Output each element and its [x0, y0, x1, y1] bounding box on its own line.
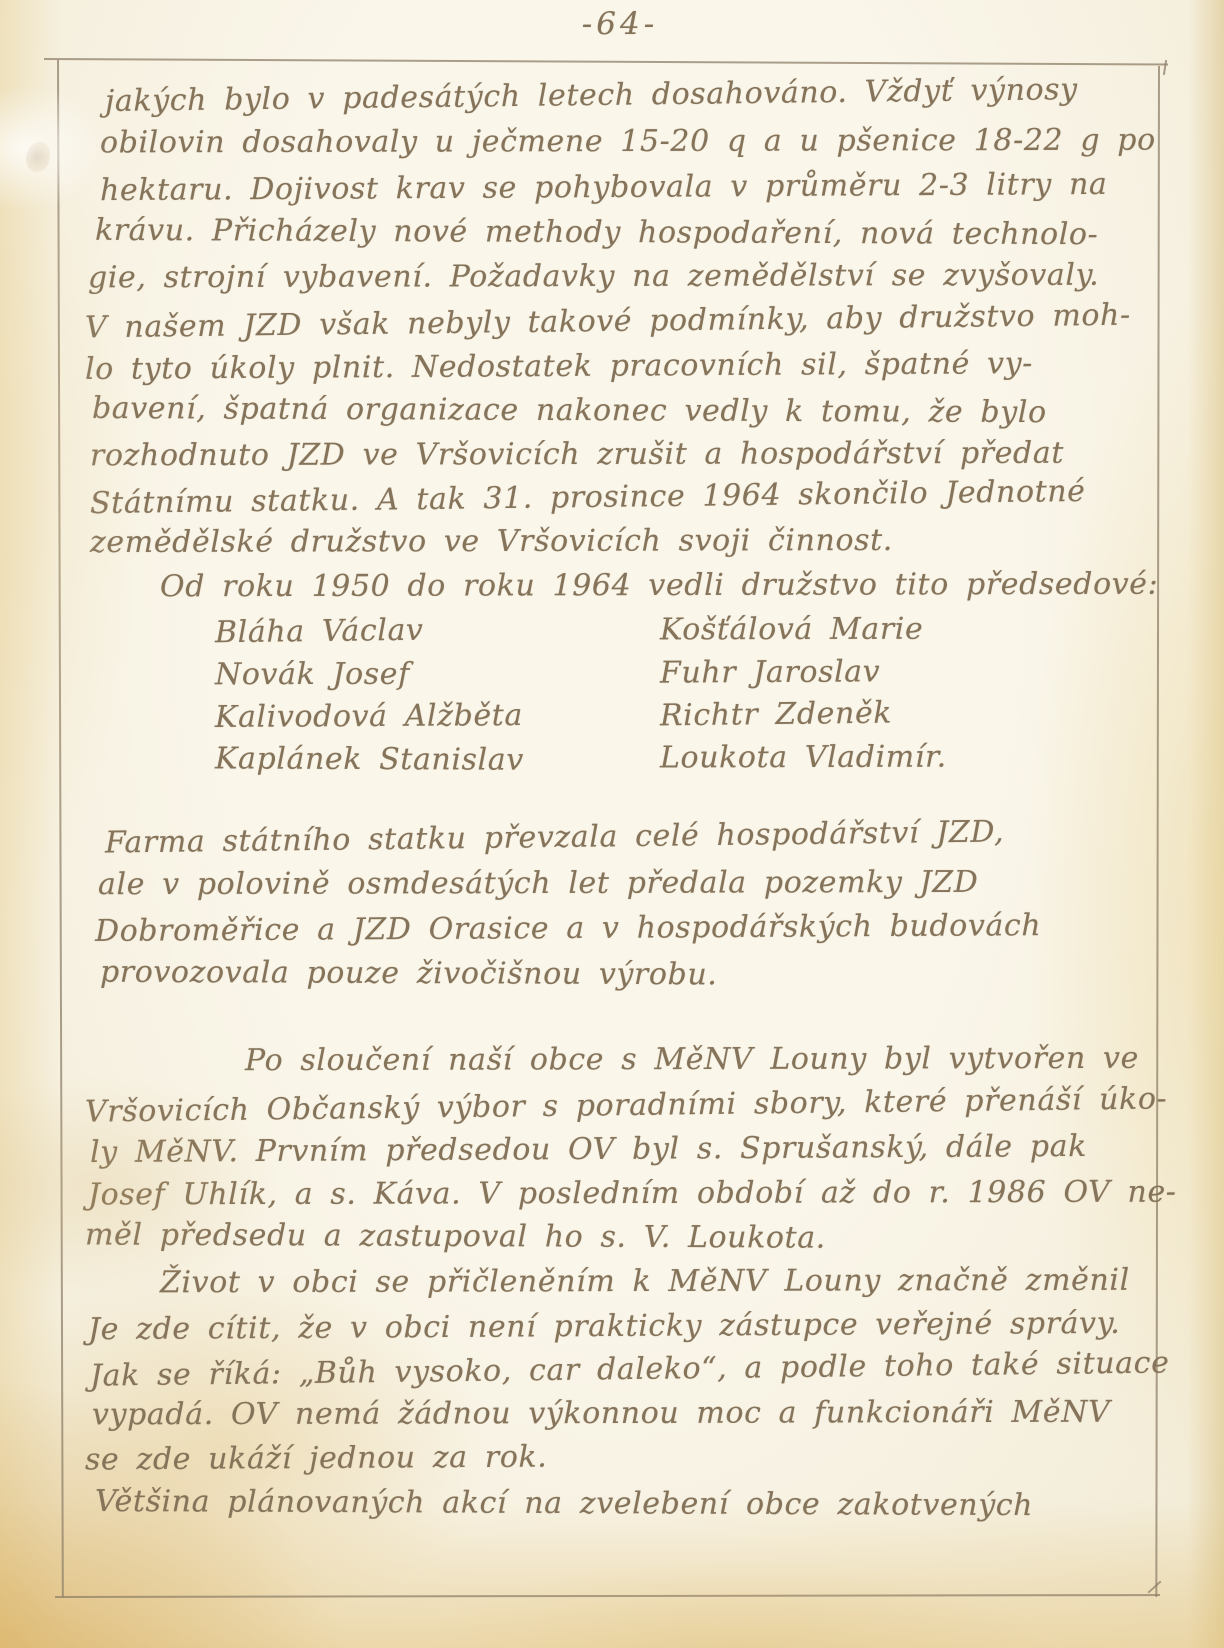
- text-line: Josef Uhlík, a s. Káva. V posledním obdo…: [88, 1175, 1177, 1213]
- text-line: bavení, špatná organizace nakonec vedly …: [92, 391, 1047, 430]
- text-line: obilovin dosahovaly u ječmene 15-20 q a …: [100, 123, 1156, 161]
- page-number: -64-: [540, 6, 700, 42]
- chairman-name: Fuhr Jaroslav: [660, 654, 880, 690]
- chairman-name: Kaplánek Stanislav: [215, 741, 524, 777]
- frame-bottom-border: [55, 1594, 1160, 1598]
- frame-top-border: [44, 58, 1168, 65]
- text-line: Vršovicích Občanský výbor s poradními sb…: [85, 1081, 1168, 1129]
- chairman-name: Kalivodová Alžběta: [215, 698, 523, 735]
- text-line: gie, strojní vybavení. Požadavky na země…: [88, 258, 1099, 296]
- text-line: Je zde cítit, že v obci není prakticky z…: [88, 1306, 1121, 1347]
- text-line: ly MěNV. Prvním předsedou OV byl s. Spru…: [90, 1129, 1087, 1170]
- text-line: měl předsedu a zastupoval ho s. V. Louko…: [85, 1217, 826, 1255]
- text-line: se zde ukáží jednou za rok.: [85, 1440, 548, 1478]
- paper-aging-mark: [26, 142, 50, 172]
- text-line: Život v obci se přičleněním k MěNV Louny…: [160, 1263, 1130, 1301]
- text-line: Většina plánovaných akcí na zvelebení ob…: [95, 1484, 1033, 1523]
- chairman-name: Loukota Vladimír.: [660, 740, 947, 776]
- text-line: rozhodnuto JZD ve Vršovicích zrušit a ho…: [90, 436, 1064, 474]
- text-line: lo tyto úkoly plnit. Nedostatek pracovní…: [85, 346, 1033, 387]
- chronicle-page: -64- jakých bylo v padesátých letech dos…: [0, 0, 1224, 1648]
- frame-left-border: [57, 60, 64, 1597]
- frame-top-right-hook: [1163, 60, 1167, 75]
- text-line: jakých bylo v padesátých letech dosahová…: [105, 72, 1078, 119]
- text-line: Státnímu statku. A tak 31. prosince 1964…: [90, 474, 1086, 521]
- text-line: vypadá. OV nemá žádnou výkonnou moc a fu…: [92, 1395, 1110, 1433]
- chairman-name: Košťálová Marie: [660, 612, 923, 648]
- text-line: V našem JZD však nebyly takové podmínky,…: [85, 298, 1131, 346]
- text-line: krávu. Přicházely nové methody hospodaře…: [95, 213, 1098, 252]
- text-line: provozovala pouze živočišnou výrobu.: [100, 955, 718, 993]
- text-line: Po sloučení naší obce s MěNV Louny byl v…: [245, 1041, 1139, 1078]
- text-line: Farma státního statku převzala celé hosp…: [105, 815, 1004, 861]
- text-line: Jak se říká: „Bůh vysoko, car daleko“, a…: [90, 1345, 1170, 1393]
- chairman-name: Richtr Zdeněk: [660, 696, 893, 734]
- text-line: ale v polovině osmdesátých let předala p…: [98, 865, 978, 902]
- chairman-name: Bláha Václav: [215, 613, 424, 651]
- text-line: Dobroměřice a JZD Orasice a v hospodářsk…: [95, 908, 1041, 949]
- text-line: hektaru. Dojivost krav se pohybovala v p…: [100, 167, 1108, 208]
- chairmen-intro-line: Od roku 1950 do roku 1964 vedli družstvo…: [160, 567, 1158, 605]
- text-line: zemědělské družstvo ve Vršovicích svoji …: [90, 523, 893, 560]
- chairman-name: Novák Josef: [215, 657, 410, 693]
